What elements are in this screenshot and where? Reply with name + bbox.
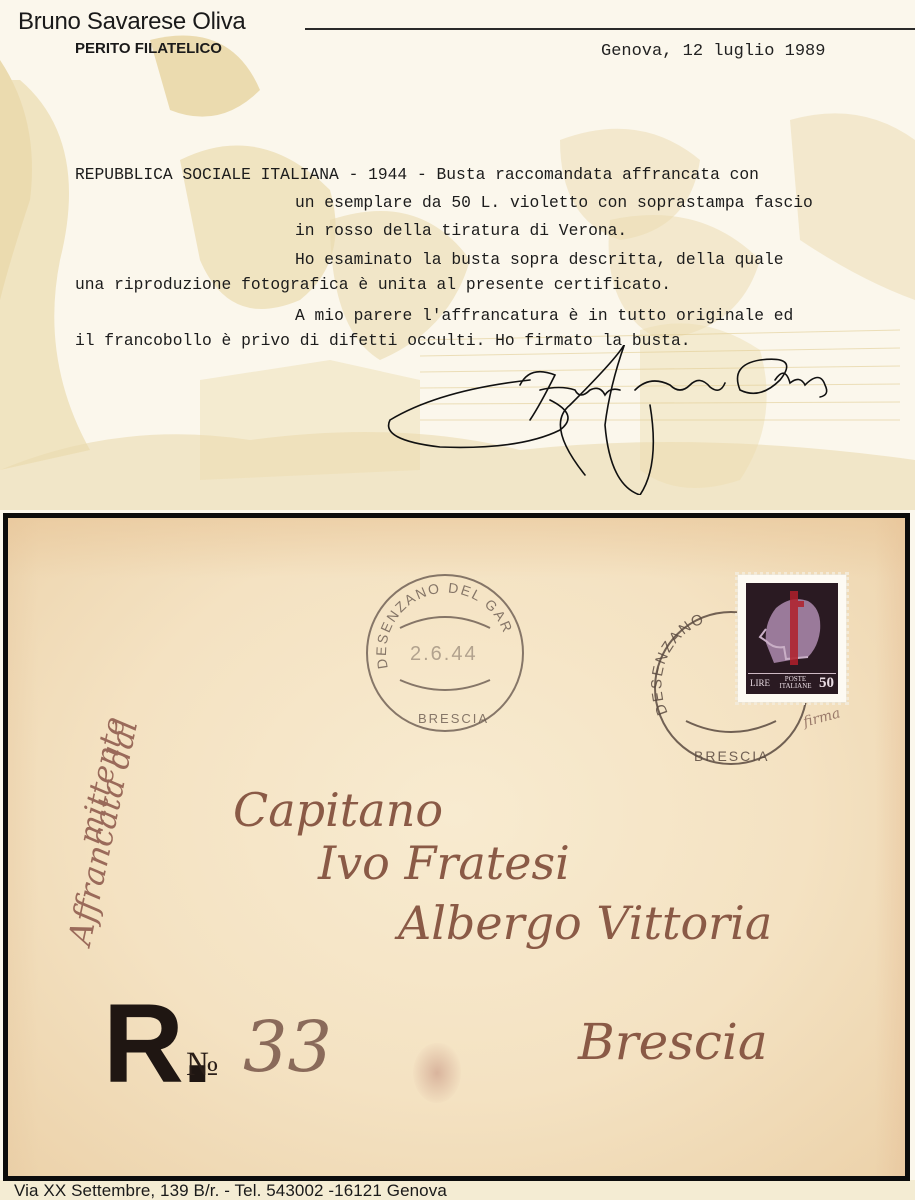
certificate-line: Ho esaminato la busta sopra descritta, d… — [295, 250, 784, 269]
footer-address: Via XX Settembre, 139 B/r. - Tel. 543002… — [14, 1181, 447, 1200]
certificate-line: REPUBBLICA SOCIALE ITALIANA - 1944 - Bus… — [75, 165, 759, 184]
postmark-bottom-text: BRESCIA — [694, 748, 769, 764]
registration-no-label: № — [186, 1046, 218, 1084]
postmark-top-text: DESENZANO — [648, 610, 707, 718]
expert-title: PERITO FILATELICO — [75, 40, 222, 57]
header-rule-divider — [305, 28, 915, 30]
stamp-inscription: LIRE POSTE ITALIANE 50 — [748, 673, 836, 692]
envelope-stain — [413, 1043, 461, 1103]
postmark-desenzano-left: DESENZANO DEL GARDA 2.6.44 BRESCIA — [360, 568, 530, 738]
svg-text:DESENZANO: DESENZANO — [648, 610, 707, 718]
certificate-line: un esemplare da 50 L. violetto con sopra… — [295, 193, 813, 212]
stamp-value: 50 — [819, 675, 836, 692]
address-line-hotel: Albergo Vittoria — [398, 896, 772, 950]
certificate-line: A mio parere l'affrancatura è in tutto o… — [295, 306, 793, 325]
postmark-date: 2.6.44 — [410, 643, 478, 665]
registration-number: 33 — [243, 1006, 332, 1088]
address-line-city: Brescia — [578, 1013, 768, 1071]
address-line-title: Capitano — [233, 783, 443, 837]
place-and-date: Genova, 12 luglio 1989 — [601, 42, 825, 61]
address-line-name: Ivo Fratesi — [318, 836, 570, 890]
certificate-line: in rosso della tiratura di Verona. — [295, 221, 627, 240]
registered-cover: DESENZANO DEL GARDA 2.6.44 BRESCIA DESEN… — [3, 513, 910, 1181]
stamp-country: POSTE ITALIANE — [772, 676, 819, 690]
expert-name: Bruno Savarese Oliva — [18, 8, 245, 36]
postage-stamp-50-lire: LIRE POSTE ITALIANE 50 — [738, 575, 846, 702]
king-portrait-icon — [746, 583, 838, 675]
stamp-currency: LIRE — [748, 678, 772, 688]
expert-signature — [380, 345, 840, 495]
postmark-bottom-text: BRESCIA — [418, 711, 489, 726]
certificate-line: una riproduzione fotografica è unita al … — [75, 275, 671, 294]
stamp-design: LIRE POSTE ITALIANE 50 — [746, 583, 838, 694]
